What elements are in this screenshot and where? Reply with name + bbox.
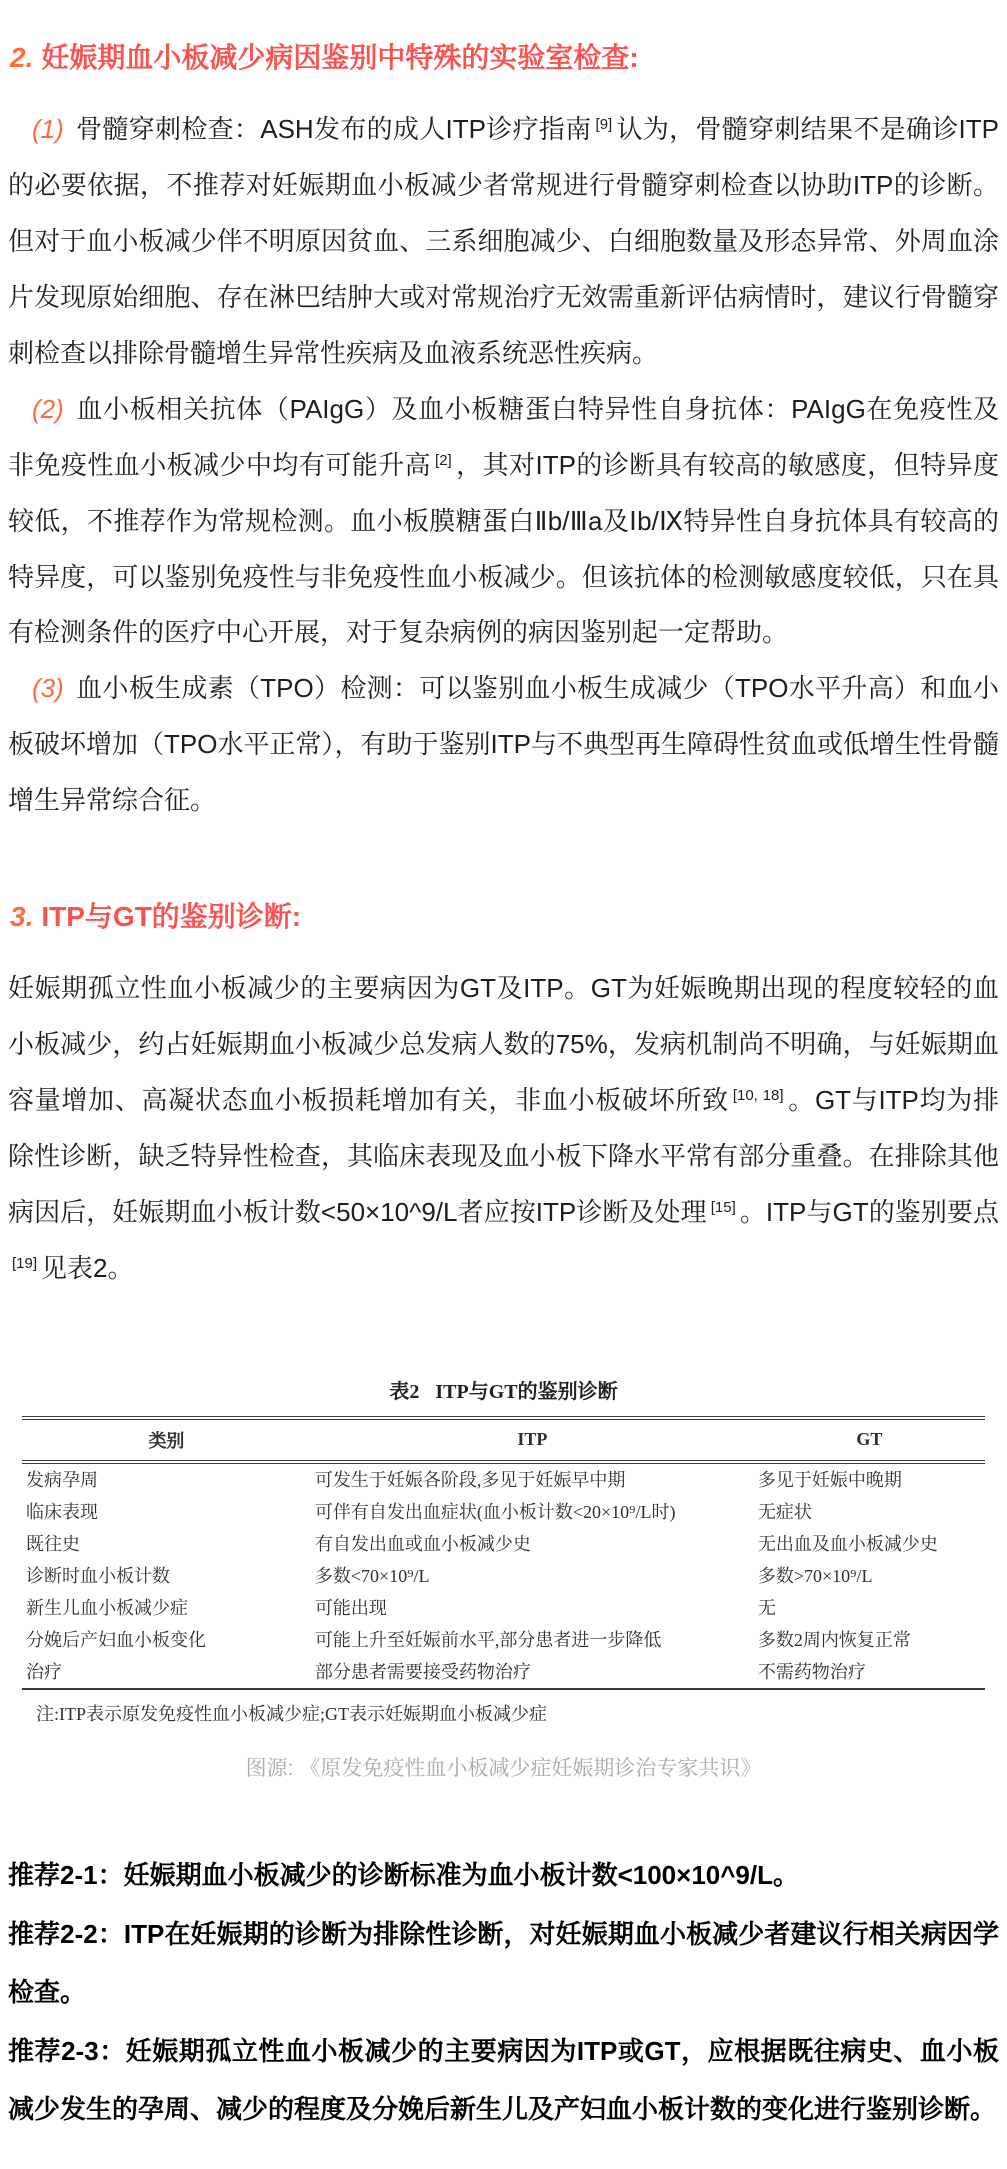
table-cell: 可能出现	[311, 1592, 754, 1624]
table-cell: 新生儿血小板减少症	[22, 1592, 311, 1624]
para-3-number: (3)	[32, 673, 64, 703]
para-gt-vs-itp: 妊娠期孤立性血小板减少的主要病因为GT及ITP。GT为妊娠晚期出现的程度较轻的血…	[8, 961, 999, 1296]
section-2-heading: 2.妊娠期血小板减少病因鉴别中特殊的实验室检查:	[10, 40, 999, 76]
para-3-text: 血小板生成素（TPO）检测：可以鉴别血小板生成减少（TPO水平升高）和血小板破坏…	[8, 673, 999, 815]
table-cell: 多见于妊娠中晚期	[754, 1462, 985, 1496]
table-cell: 有自发出血或血小板减少史	[311, 1528, 754, 1560]
table-cell: 可能上升至妊娠前水平,部分患者进一步降低	[311, 1624, 754, 1656]
s3-seg3: 。ITP与GT的鉴别要点	[740, 1197, 999, 1227]
recommendation-2-2: 推荐2-2：ITP在妊娠期的诊断为排除性诊断，对妊娠期血小板减少者建议行相关病因…	[8, 1905, 999, 2022]
section-3-heading: 3.ITP与GT的鉴别诊断:	[10, 899, 999, 935]
table-cell: 诊断时血小板计数	[22, 1560, 311, 1592]
table-row: 新生儿血小板减少症 可能出现 无	[22, 1592, 985, 1624]
table-cell: 可伴有自发出血症状(血小板计数<20×10⁹/L时)	[311, 1496, 754, 1528]
table-cell: 发病孕周	[22, 1462, 311, 1496]
ref-citation-2: [2]	[435, 452, 452, 469]
table-cell: 部分患者需要接受药物治疗	[311, 1656, 754, 1689]
table-cell: 分娩后产妇血小板变化	[22, 1624, 311, 1656]
section-2-number: 2.	[10, 42, 33, 73]
para-1-text-cont: 认为，骨髓穿刺结果不是确诊ITP的必要依据，不推荐对妊娠期血小板减少者常规进行骨…	[8, 114, 999, 368]
table-cell: 多数>70×10⁹/L	[754, 1560, 985, 1592]
table-cell: 既往史	[22, 1528, 311, 1560]
table-2-title: 表2ITP与GT的鉴别诊断	[22, 1375, 985, 1404]
section-2-title: 妊娠期血小板减少病因鉴别中特殊的实验室检查:	[41, 42, 638, 73]
para-tpo-test: (3)血小板生成素（TPO）检测：可以鉴别血小板生成减少（TPO水平升高）和血小…	[8, 661, 999, 829]
table-row: 诊断时血小板计数 多数<70×10⁹/L 多数>70×10⁹/L	[22, 1560, 985, 1592]
section-3-number: 3.	[10, 901, 33, 932]
table-cell: 无症状	[754, 1496, 985, 1528]
table-cell: 无出血及血小板减少史	[754, 1528, 985, 1560]
col-header-gt: GT	[754, 1418, 985, 1462]
s3-seg4: 见表2。	[41, 1253, 133, 1283]
recommendation-2-3: 推荐2-3：妊娠期孤立性血小板减少的主要病因为ITP或GT，应根据既往病史、血小…	[8, 2022, 999, 2139]
table-header-row: 类别 ITP GT	[22, 1418, 985, 1462]
para-1-number: (1)	[32, 114, 64, 144]
para-bone-marrow: (1)骨髓穿刺检查：ASH发布的成人ITP诊疗指南[9]认为，骨髓穿刺结果不是确…	[8, 102, 999, 381]
ref-citation-15: [15]	[711, 1199, 736, 1216]
table-cell: 治疗	[22, 1656, 311, 1689]
col-header-itp: ITP	[311, 1418, 754, 1462]
para-1-text: 骨髓穿刺检查：ASH发布的成人ITP诊疗指南	[76, 114, 592, 144]
table-note: 注:ITP表示原发免疫性血小板减少症;GT表示妊娠期血小板减少症	[36, 1700, 985, 1726]
section-3-title: ITP与GT的鉴别诊断:	[41, 901, 301, 932]
para-2-number: (2)	[32, 394, 64, 424]
table-row: 发病孕周 可发生于妊娠各阶段,多见于妊娠早中期 多见于妊娠中晚期	[22, 1462, 985, 1496]
itp-gt-differential-table: 类别 ITP GT 发病孕周 可发生于妊娠各阶段,多见于妊娠早中期 多见于妊娠中…	[22, 1416, 985, 1691]
table-cell: 多数2周内恢复正常	[754, 1624, 985, 1656]
table-2-block: 表2ITP与GT的鉴别诊断 类别 ITP GT 发病孕周 可发生于妊娠各阶段,多…	[8, 1375, 999, 1783]
article-page: 2.妊娠期血小板减少病因鉴别中特殊的实验室检查: (1)骨髓穿刺检查：ASH发布…	[0, 0, 1007, 2169]
table-row: 分娩后产妇血小板变化 可能上升至妊娠前水平,部分患者进一步降低 多数2周内恢复正…	[22, 1624, 985, 1656]
section-spacer	[8, 829, 999, 899]
ref-citation-19: [19]	[12, 1255, 37, 1272]
recommendation-2-1: 推荐2-1：妊娠期血小板减少的诊断标准为血小板计数<100×10^9/L。	[8, 1846, 999, 1905]
recommendations-block: 推荐2-1：妊娠期血小板减少的诊断标准为血小板计数<100×10^9/L。 推荐…	[8, 1846, 999, 2139]
ref-citation-9: [9]	[596, 116, 613, 133]
col-header-category: 类别	[22, 1418, 311, 1462]
para-paigg-antibody: (2)血小板相关抗体（PAIgG）及血小板糖蛋白特异性自身抗体：PAIgG在免疫…	[8, 382, 999, 661]
image-source-caption: 图源: 《原发免疫性血小板减少症妊娠期诊治专家共识》	[22, 1752, 985, 1782]
table-cell: 无	[754, 1592, 985, 1624]
table-cell: 可发生于妊娠各阶段,多见于妊娠早中期	[311, 1462, 754, 1496]
table-2-name: ITP与GT的鉴别诊断	[435, 1381, 617, 1403]
table-2-label: 表2	[389, 1381, 419, 1403]
ref-citation-10-18: [10, 18]	[733, 1087, 784, 1104]
table-cell: 多数<70×10⁹/L	[311, 1560, 754, 1592]
table-row: 临床表现 可伴有自发出血症状(血小板计数<20×10⁹/L时) 无症状	[22, 1496, 985, 1528]
table-cell: 临床表现	[22, 1496, 311, 1528]
table-row: 治疗 部分患者需要接受药物治疗 不需药物治疗	[22, 1656, 985, 1689]
table-row: 既往史 有自发出血或血小板减少史 无出血及血小板减少史	[22, 1528, 985, 1560]
table-cell: 不需药物治疗	[754, 1656, 985, 1689]
